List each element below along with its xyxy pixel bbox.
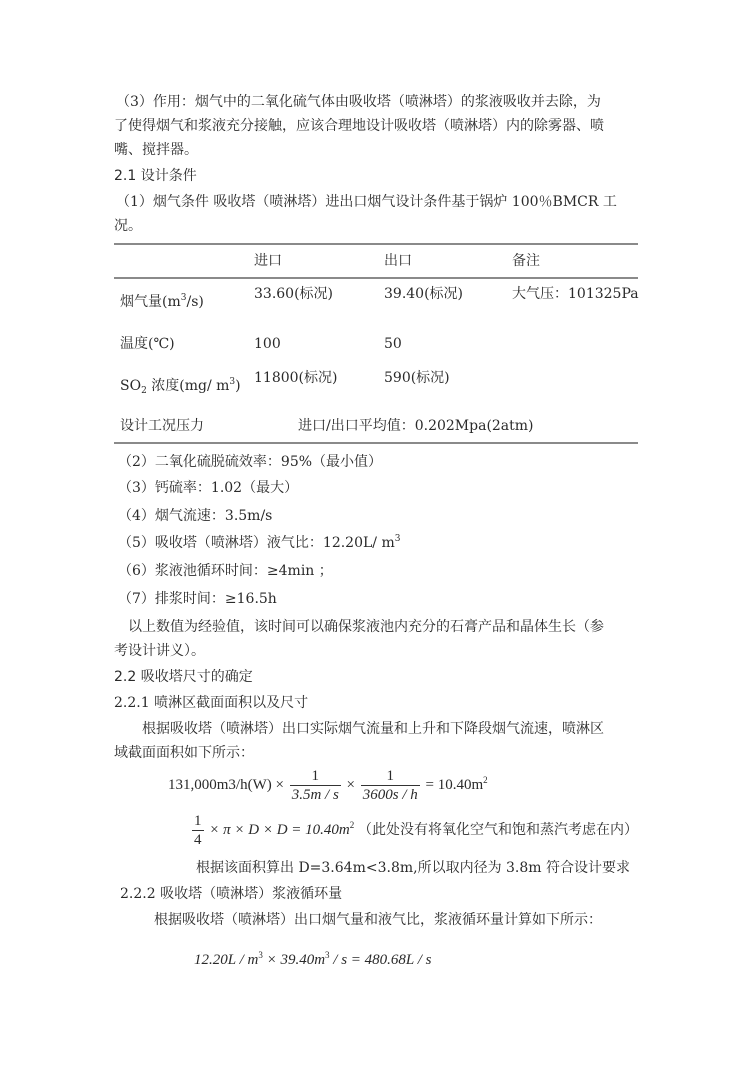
section-2-2-1-title: 2.2.1 喷淋区截面面积以及尺寸 xyxy=(114,693,308,713)
table-header-inlet: 进口 xyxy=(254,251,282,271)
equation-diameter: 1 4 × π × D × D = 10.40m2 （此处没有将氧化空气和饱和蒸… xyxy=(190,812,638,849)
table-cell-note: 大气压：101325Pa xyxy=(512,284,639,304)
note-line-1: 以上数值为经验值，该时间可以确保浆液池内充分的石膏产品和晶体生长（参 xyxy=(128,617,604,637)
table-cell-outlet: 39.40(标况) xyxy=(384,284,463,304)
table-cell-inlet: 33.60(标况) xyxy=(254,284,333,304)
table-cell-inlet: 11800(标况) xyxy=(254,368,337,388)
condition-3: （3）钙硫率：1.02（最大） xyxy=(118,478,298,498)
table-header-note: 备注 xyxy=(512,251,540,271)
equation-cross-section-area: 131,000m3/h(W) × 1 3.5m / s × 1 3600s / … xyxy=(168,767,488,804)
table-cell-outlet: 50 xyxy=(384,334,402,354)
equation-slurry-circulation: 12.20L / m3 × 39.40m3 / s = 480.68L / s xyxy=(194,952,432,969)
diameter-result: 根据该面积算出 D=3.64m<3.8m,所以取内径为 3.8m 符合设计要求 xyxy=(196,858,630,878)
intro-line-1: （3）作用：烟气中的二氧化硫气体由吸收塔（喷淋塔）的浆液吸收并去除，为 xyxy=(116,92,601,112)
condition-7: （7）排浆时间：≥16.5h xyxy=(118,589,277,609)
fraction: 1 3.5m / s xyxy=(290,767,341,804)
condition-2: （2）二氧化硫脱硫效率：95%（最小值） xyxy=(118,452,382,472)
condition-4: （4）烟气流速：3.5m/s xyxy=(118,506,272,526)
table-top-rule xyxy=(114,243,638,245)
section-2-2-1-text-2: 域截面面积如下所示： xyxy=(114,743,254,763)
condition-1-line-2: 况。 xyxy=(114,216,142,236)
table-row-label: 温度(℃) xyxy=(120,334,175,354)
table-row-label: 烟气量(m3/s) xyxy=(120,292,204,312)
table-bottom-rule xyxy=(114,442,638,444)
condition-1-line-1: （1）烟气条件 吸收塔（喷淋塔）进出口烟气设计条件基于锅炉 100％BMCR 工 xyxy=(116,192,617,212)
table-header-rule xyxy=(114,277,638,279)
condition-5: （5）吸收塔（喷淋塔）液气比：12.20L/ m3 xyxy=(118,533,400,553)
table-cell-outlet: 590(标况) xyxy=(384,368,450,388)
condition-6: （6）浆液池循环时间：≥4min ； xyxy=(118,561,333,581)
section-2-2-2-text: 根据吸收塔（喷淋塔）出口烟气量和液气比，浆液循环量计算如下所示： xyxy=(154,910,602,930)
intro-line-3: 嘴、搅拌器。 xyxy=(114,140,198,160)
pressure-label: 设计工况压力 xyxy=(120,416,204,436)
table-cell-inlet: 100 xyxy=(254,334,281,354)
fraction: 1 4 xyxy=(192,812,204,849)
section-2-2-1-text-1: 根据吸收塔（喷淋塔）出口实际烟气流量和上升和下降段烟气流速，喷淋区 xyxy=(142,719,604,739)
section-2-2-2-title: 2.2.2 吸收塔（喷淋塔）浆液循环量 xyxy=(120,884,342,904)
fraction: 1 3600s / h xyxy=(361,767,420,804)
table-row-label: SO2 浓度(mg/ m3) xyxy=(120,376,241,396)
section-2-2-title: 2.2 吸收塔尺寸的确定 xyxy=(114,667,253,687)
intro-line-2: 了使得烟气和浆液充分接触，应该合理地设计吸收塔（喷淋塔）内的除雾器、喷 xyxy=(114,116,604,136)
note-line-2: 考设计讲义）。 xyxy=(114,641,205,661)
pressure-value: 进口/出口平均值：0.202Mpa(2atm) xyxy=(298,416,534,436)
section-2-1-title: 2.1 设计条件 xyxy=(114,166,197,186)
table-header-outlet: 出口 xyxy=(384,251,412,271)
